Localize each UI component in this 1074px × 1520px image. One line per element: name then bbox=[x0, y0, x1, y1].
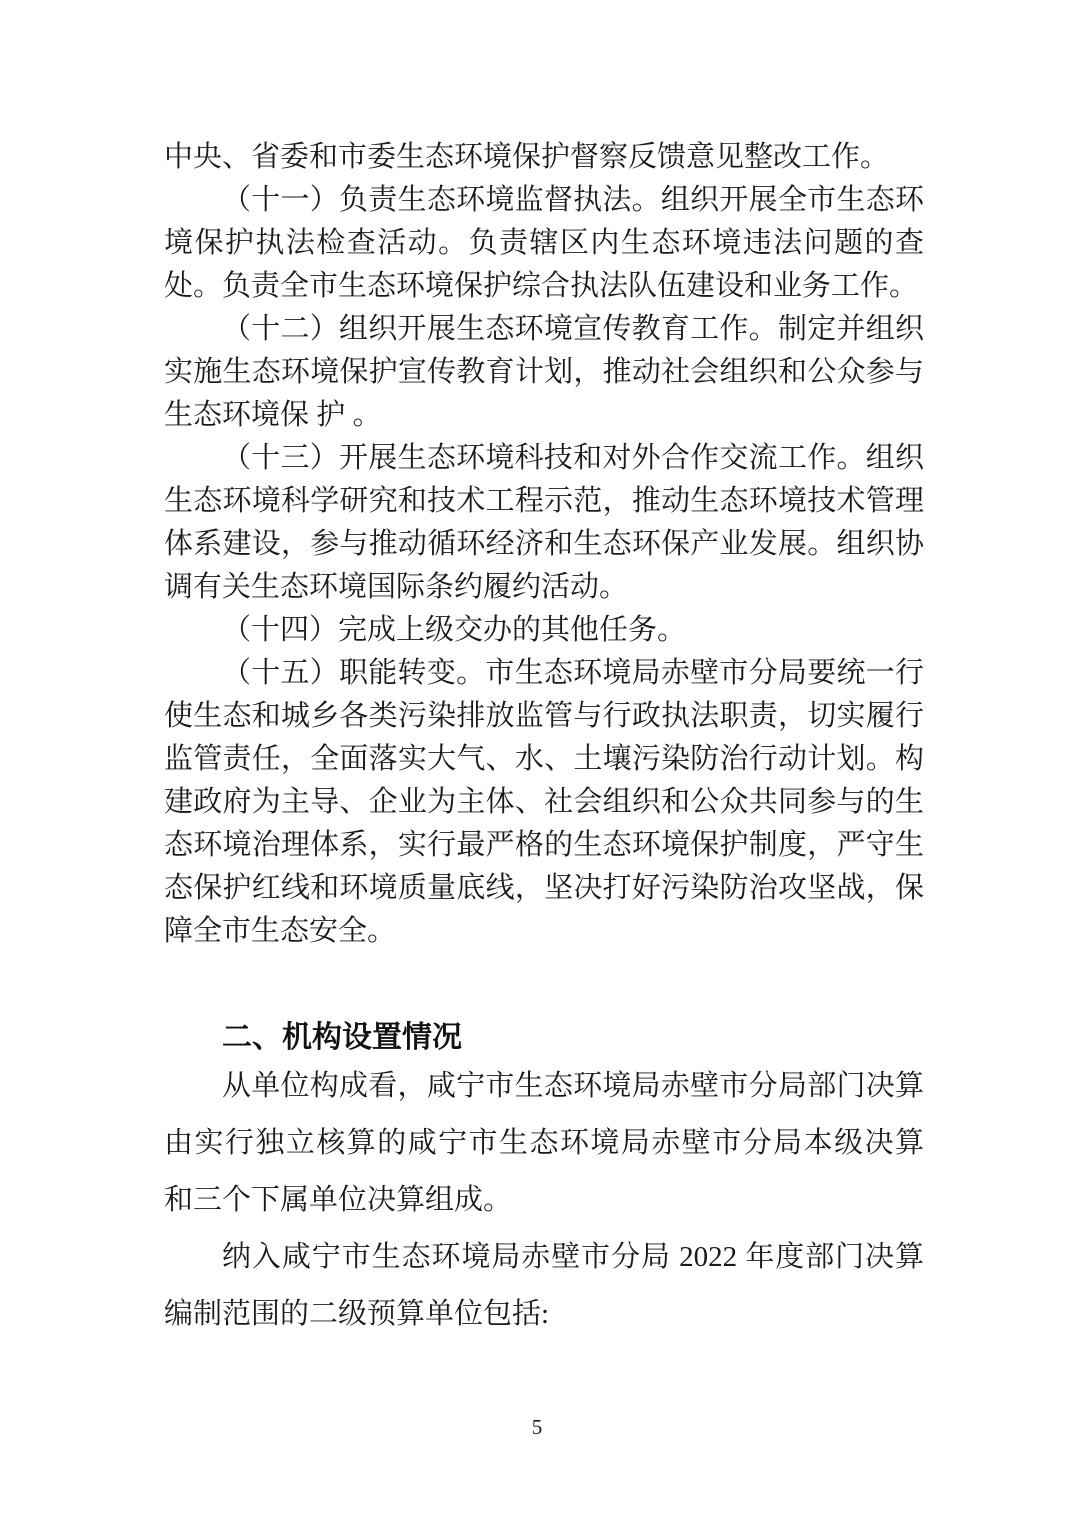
text-line: 障全市生态安全。 bbox=[164, 910, 924, 953]
text-line: 监管责任，全面落实大气、水、土壤污染防治行动计划。构 bbox=[164, 738, 924, 781]
text-line: 编制范围的二级预算单位包括: bbox=[164, 1286, 924, 1343]
document-page: 中央、省委和市委生态环境保护督察反馈意见整改工作。（十一）负责生态环境监督执法。… bbox=[0, 0, 1074, 1520]
page-number: 5 bbox=[0, 1412, 1074, 1442]
text-line: （十五）职能转变。市生态环境局赤壁市分局要统一行 bbox=[164, 652, 924, 695]
text-line: 生态环境保 护 。 bbox=[164, 394, 924, 437]
text-line: 使生态和城乡各类污染排放监管与行政执法职责，切实履行 bbox=[164, 695, 924, 738]
text-line: 实施生态环境保护宣传教育计划，推动社会组织和公众参与 bbox=[164, 351, 924, 394]
text-line: 中央、省委和市委生态环境保护督察反馈意见整改工作。 bbox=[164, 136, 924, 179]
text-line: 境保护执法检查活动。负责辖区内生态环境违法问题的查 bbox=[164, 222, 924, 265]
text-line: 纳入咸宁市生态环境局赤壁市分局 2022 年度部门决算 bbox=[164, 1229, 924, 1286]
section-duties-text: 中央、省委和市委生态环境保护督察反馈意见整改工作。（十一）负责生态环境监督执法。… bbox=[164, 136, 924, 953]
text-line: 从单位构成看，咸宁市生态环境局赤壁市分局部门决算 bbox=[164, 1058, 924, 1115]
text-line: 由实行独立核算的咸宁市生态环境局赤壁市分局本级决算 bbox=[164, 1115, 924, 1172]
text-line: （十四）完成上级交办的其他任务。 bbox=[164, 609, 924, 652]
section-2-heading: 二、机构设置情况 bbox=[164, 1018, 924, 1058]
text-line: 建政府为主导、企业为主体、社会组织和公众共同参与的生 bbox=[164, 781, 924, 824]
text-line: 调有关生态环境国际条约履约活动。 bbox=[164, 566, 924, 609]
text-line: 态环境治理体系，实行最严格的生态环境保护制度，严守生 bbox=[164, 824, 924, 867]
text-block: 中央、省委和市委生态环境保护督察反馈意见整改工作。（十一）负责生态环境监督执法。… bbox=[164, 136, 924, 1343]
text-line: 体系建设，参与推动循环经济和生态环保产业发展。组织协 bbox=[164, 523, 924, 566]
text-line: 态保护红线和环境质量底线，坚决打好污染防治攻坚战，保 bbox=[164, 867, 924, 910]
text-line: 处。负责全市生态环境保护综合执法队伍建设和业务工作。 bbox=[164, 265, 924, 308]
text-line: （十一）负责生态环境监督执法。组织开展全市生态环 bbox=[164, 179, 924, 222]
text-line: 生态环境科学研究和技术工程示范，推动生态环境技术管理 bbox=[164, 480, 924, 523]
text-line: 和三个下属单位决算组成。 bbox=[164, 1172, 924, 1229]
text-line: （十二）组织开展生态环境宣传教育工作。制定并组织 bbox=[164, 308, 924, 351]
section-organization-text: 从单位构成看，咸宁市生态环境局赤壁市分局部门决算由实行独立核算的咸宁市生态环境局… bbox=[164, 1058, 924, 1343]
text-line: （十三）开展生态环境科技和对外合作交流工作。组织 bbox=[164, 437, 924, 480]
